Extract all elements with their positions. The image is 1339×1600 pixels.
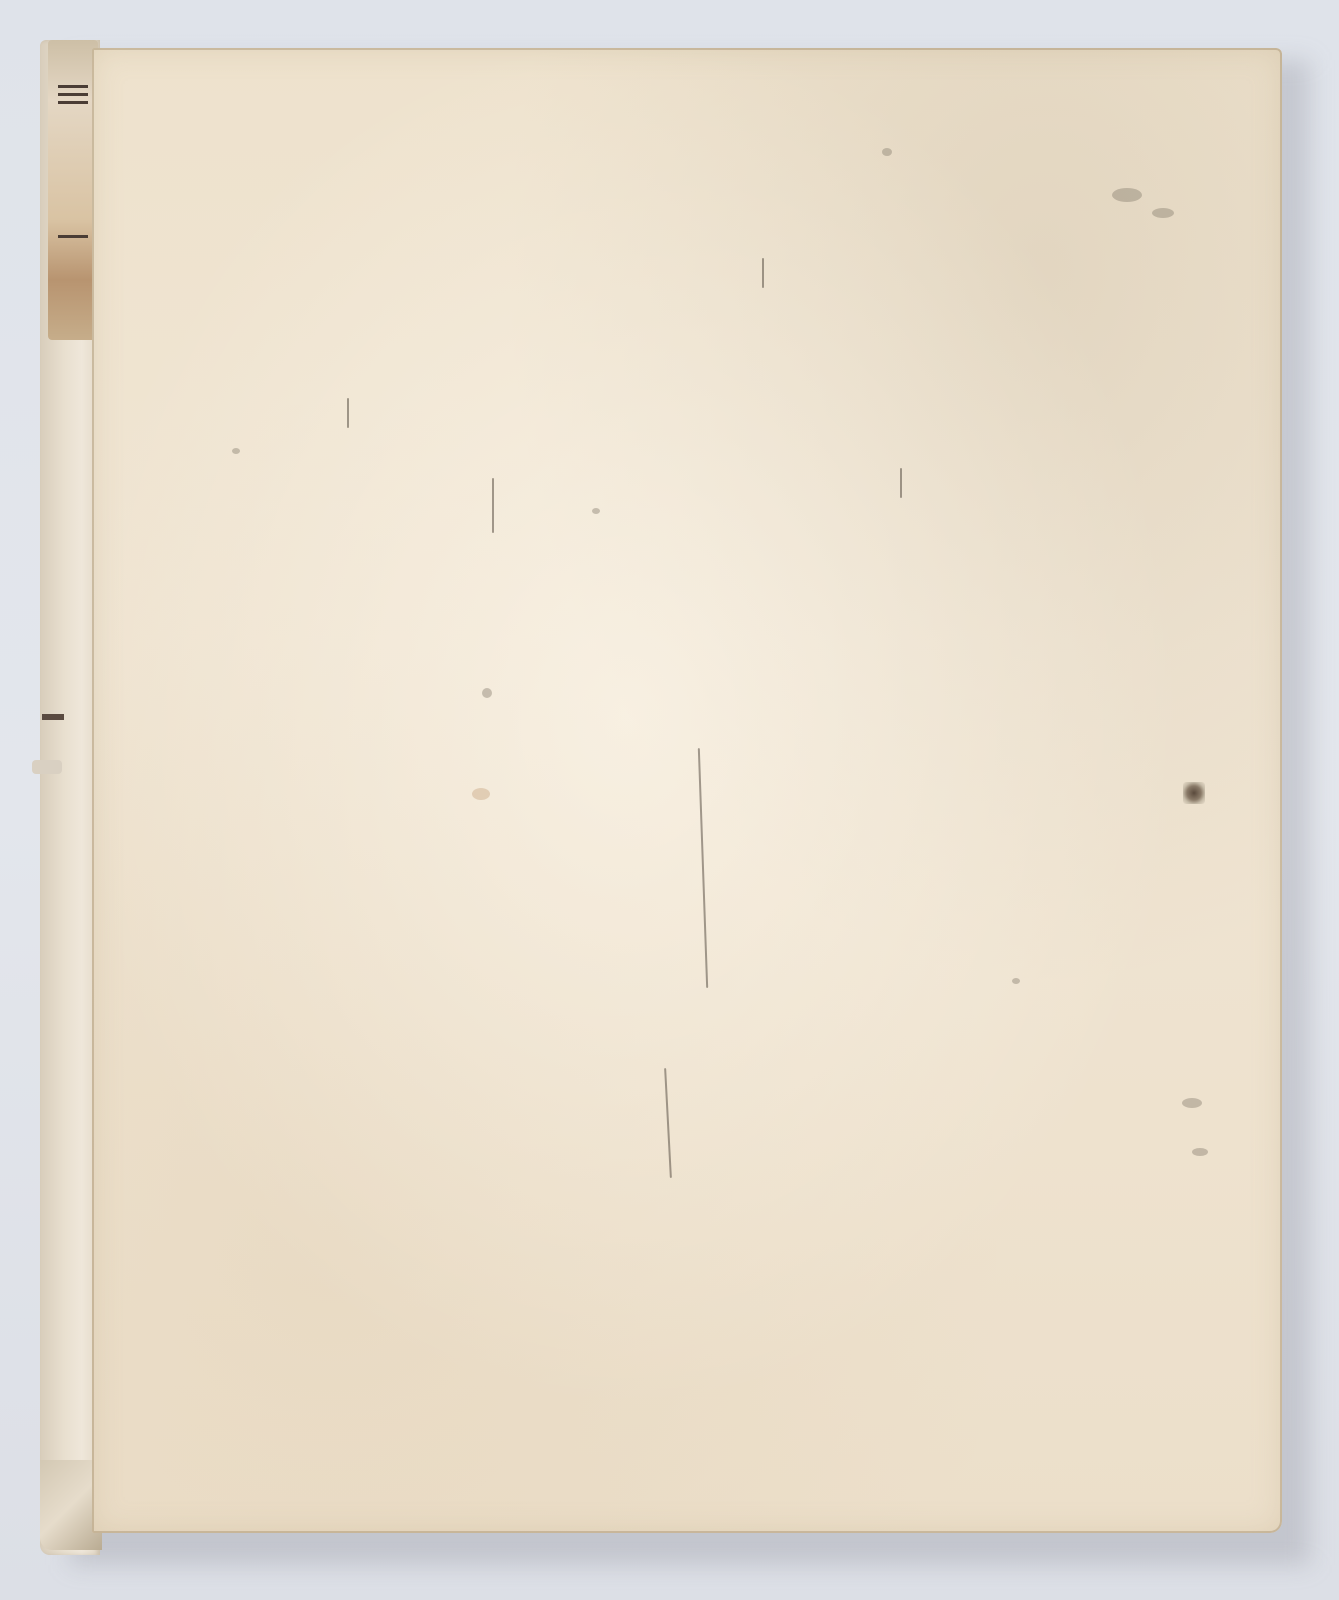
vellum-cover [92, 48, 1282, 1533]
surface-scratch [900, 468, 902, 498]
stain-speck [482, 688, 492, 698]
clasp-hole [1183, 782, 1205, 804]
stain-speck [882, 148, 892, 156]
surface-scratch [698, 748, 708, 988]
stain-speck [1192, 1148, 1208, 1156]
stain-speck [1152, 208, 1174, 218]
surface-scratch [347, 398, 349, 428]
photo-scene [0, 0, 1339, 1600]
spine-tear [32, 760, 62, 774]
stain-speck [592, 508, 600, 514]
surface-scratch [664, 1068, 672, 1178]
surface-scratch [762, 258, 764, 288]
stain-speck [1012, 978, 1020, 984]
stain-speck [472, 788, 490, 800]
spine-torn-top [48, 40, 98, 340]
stain-speck [1112, 188, 1142, 202]
surface-scratch [492, 478, 494, 533]
stain-speck [1182, 1098, 1202, 1108]
stain-speck [232, 448, 240, 454]
